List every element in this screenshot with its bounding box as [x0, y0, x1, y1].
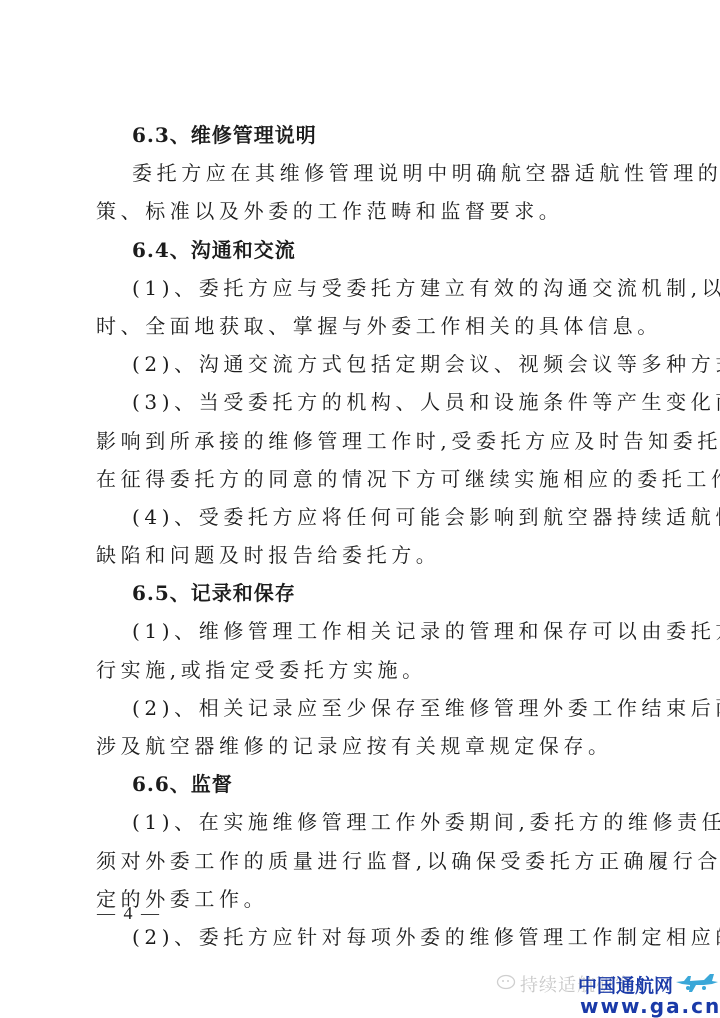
section-heading-6-3: 6.3、维修管理说明: [96, 116, 674, 154]
paragraph-line: 在征得委托方的同意的情况下方可继续实施相应的委托工作。: [96, 460, 674, 498]
document-page: 6.3、维修管理说明 委托方应在其维修管理说明中明确航空器适航性管理的政 策、标…: [0, 0, 720, 1018]
paragraph-line: 涉及航空器维修的记录应按有关规章规定保存。: [96, 727, 674, 765]
paragraph-line: (1)、维修管理工作相关记录的管理和保存可以由委托方自: [96, 612, 674, 650]
site-logo-url: www.ga.cn: [580, 994, 720, 1018]
paragraph-line: 影响到所承接的维修管理工作时,受委托方应及时告知委托方,并: [96, 422, 674, 460]
paragraph-line: 策、标准以及外委的工作范畴和监督要求。: [96, 192, 674, 230]
section-heading-6-4: 6.4、沟通和交流: [96, 231, 674, 269]
document-body: 6.3、维修管理说明 委托方应在其维修管理说明中明确航空器适航性管理的政 策、标…: [96, 116, 674, 956]
paragraph-line: (3)、当受委托方的机构、人员和设施条件等产生变化而可能: [96, 383, 674, 421]
paragraph-line: (2)、委托方应针对每项外委的维修管理工作制定相应的监: [96, 918, 674, 956]
paragraph-line: 定的外委工作。: [96, 880, 674, 918]
wechat-chat-icon: [496, 974, 516, 990]
paragraph-line: 时、全面地获取、掌握与外委工作相关的具体信息。: [96, 307, 674, 345]
paragraph-line: (1)、委托方应与受委托方建立有效的沟通交流机制,以及: [96, 269, 674, 307]
paragraph-line: (2)、相关记录应至少保存至维修管理外委工作结束后两年,: [96, 689, 674, 727]
airplane-icon: [674, 970, 720, 996]
section-heading-6-5: 6.5、记录和保存: [96, 574, 674, 612]
paragraph-line: (2)、沟通交流方式包括定期会议、视频会议等多种方式。: [96, 345, 674, 383]
watermark: 持续适航研究 中国通航网 www.ga.cn: [494, 968, 720, 1018]
page-number: — 4 —: [97, 903, 161, 924]
paragraph-line: 须对外委工作的质量进行监督,以确保受委托方正确履行合同规: [96, 842, 674, 880]
paragraph-line: 行实施,或指定受委托方实施。: [96, 651, 674, 689]
paragraph-line: 委托方应在其维修管理说明中明确航空器适航性管理的政: [96, 154, 674, 192]
paragraph-line: 缺陷和问题及时报告给委托方。: [96, 536, 674, 574]
paragraph-line: (1)、在实施维修管理工作外委期间,委托方的维修责任人必: [96, 803, 674, 841]
section-heading-6-6: 6.6、监督: [96, 765, 674, 803]
paragraph-line: (4)、受委托方应将任何可能会影响到航空器持续适航性的: [96, 498, 674, 536]
